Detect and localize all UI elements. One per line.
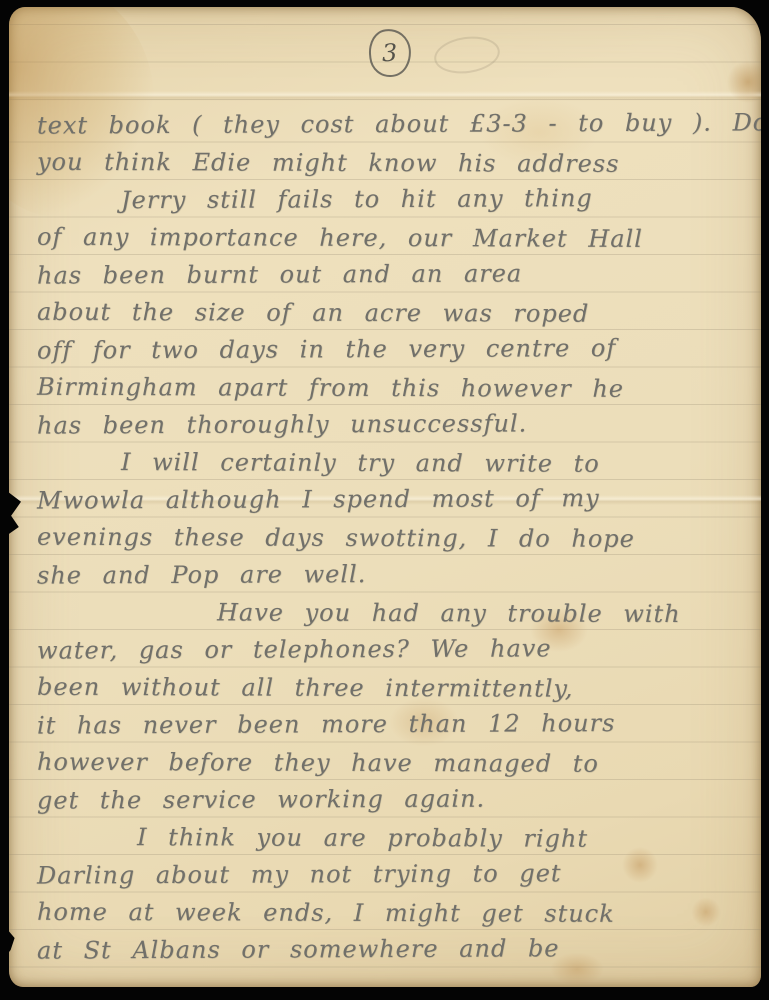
handwritten-line: Mwowla although I spend most of my <box>37 479 743 520</box>
handwritten-line: has been burnt out and an area <box>37 254 743 295</box>
handwritten-line: I will certainly try and write to <box>37 443 743 483</box>
handwritten-line: Darling about my not trying to get <box>37 854 743 895</box>
fold-crease-top <box>9 91 761 101</box>
letter-body: text book ( they cost about £3-3 - to bu… <box>37 107 743 970</box>
handwritten-line: of any importance here, our Market Hall <box>37 218 743 258</box>
handwritten-line: at St Albans or somewhere and be <box>37 929 743 970</box>
handwritten-line: about the size of an acre was roped <box>37 293 743 333</box>
handwritten-line: it has never been more than 12 hours <box>37 704 743 745</box>
handwritten-line: Have you had any trouble with <box>37 593 743 633</box>
handwritten-line: I think you are probably right <box>37 818 743 858</box>
handwritten-line: evenings these days swotting, I do hope <box>37 518 743 558</box>
handwritten-line: she and Pop are well. <box>37 554 743 595</box>
handwritten-line: you think Edie might know his address <box>37 143 743 183</box>
handwritten-line: water, gas or telephones? We have <box>37 629 743 670</box>
handwritten-line: get the service working again. <box>37 779 743 820</box>
handwritten-line: however before they have managed to <box>37 743 743 783</box>
handwritten-line: off for two days in the very centre of <box>37 329 743 370</box>
page-number: 3 <box>382 39 398 68</box>
handwritten-line: home at week ends, I might get stuck <box>37 893 743 933</box>
handwritten-line: text book ( they cost about £3-3 - to bu… <box>37 104 743 145</box>
letter-page: 3 text book ( they cost about £3-3 - to … <box>9 7 761 987</box>
letter-scan: 3 text book ( they cost about £3-3 - to … <box>0 0 769 1000</box>
handwritten-line: Jerry still fails to hit any thing <box>37 179 743 220</box>
handwritten-line: has been thoroughly unsuccessful. <box>37 404 743 445</box>
handwritten-line: Birmingham apart from this however he <box>37 368 743 408</box>
handwritten-line: been without all three intermittently, <box>37 668 743 708</box>
